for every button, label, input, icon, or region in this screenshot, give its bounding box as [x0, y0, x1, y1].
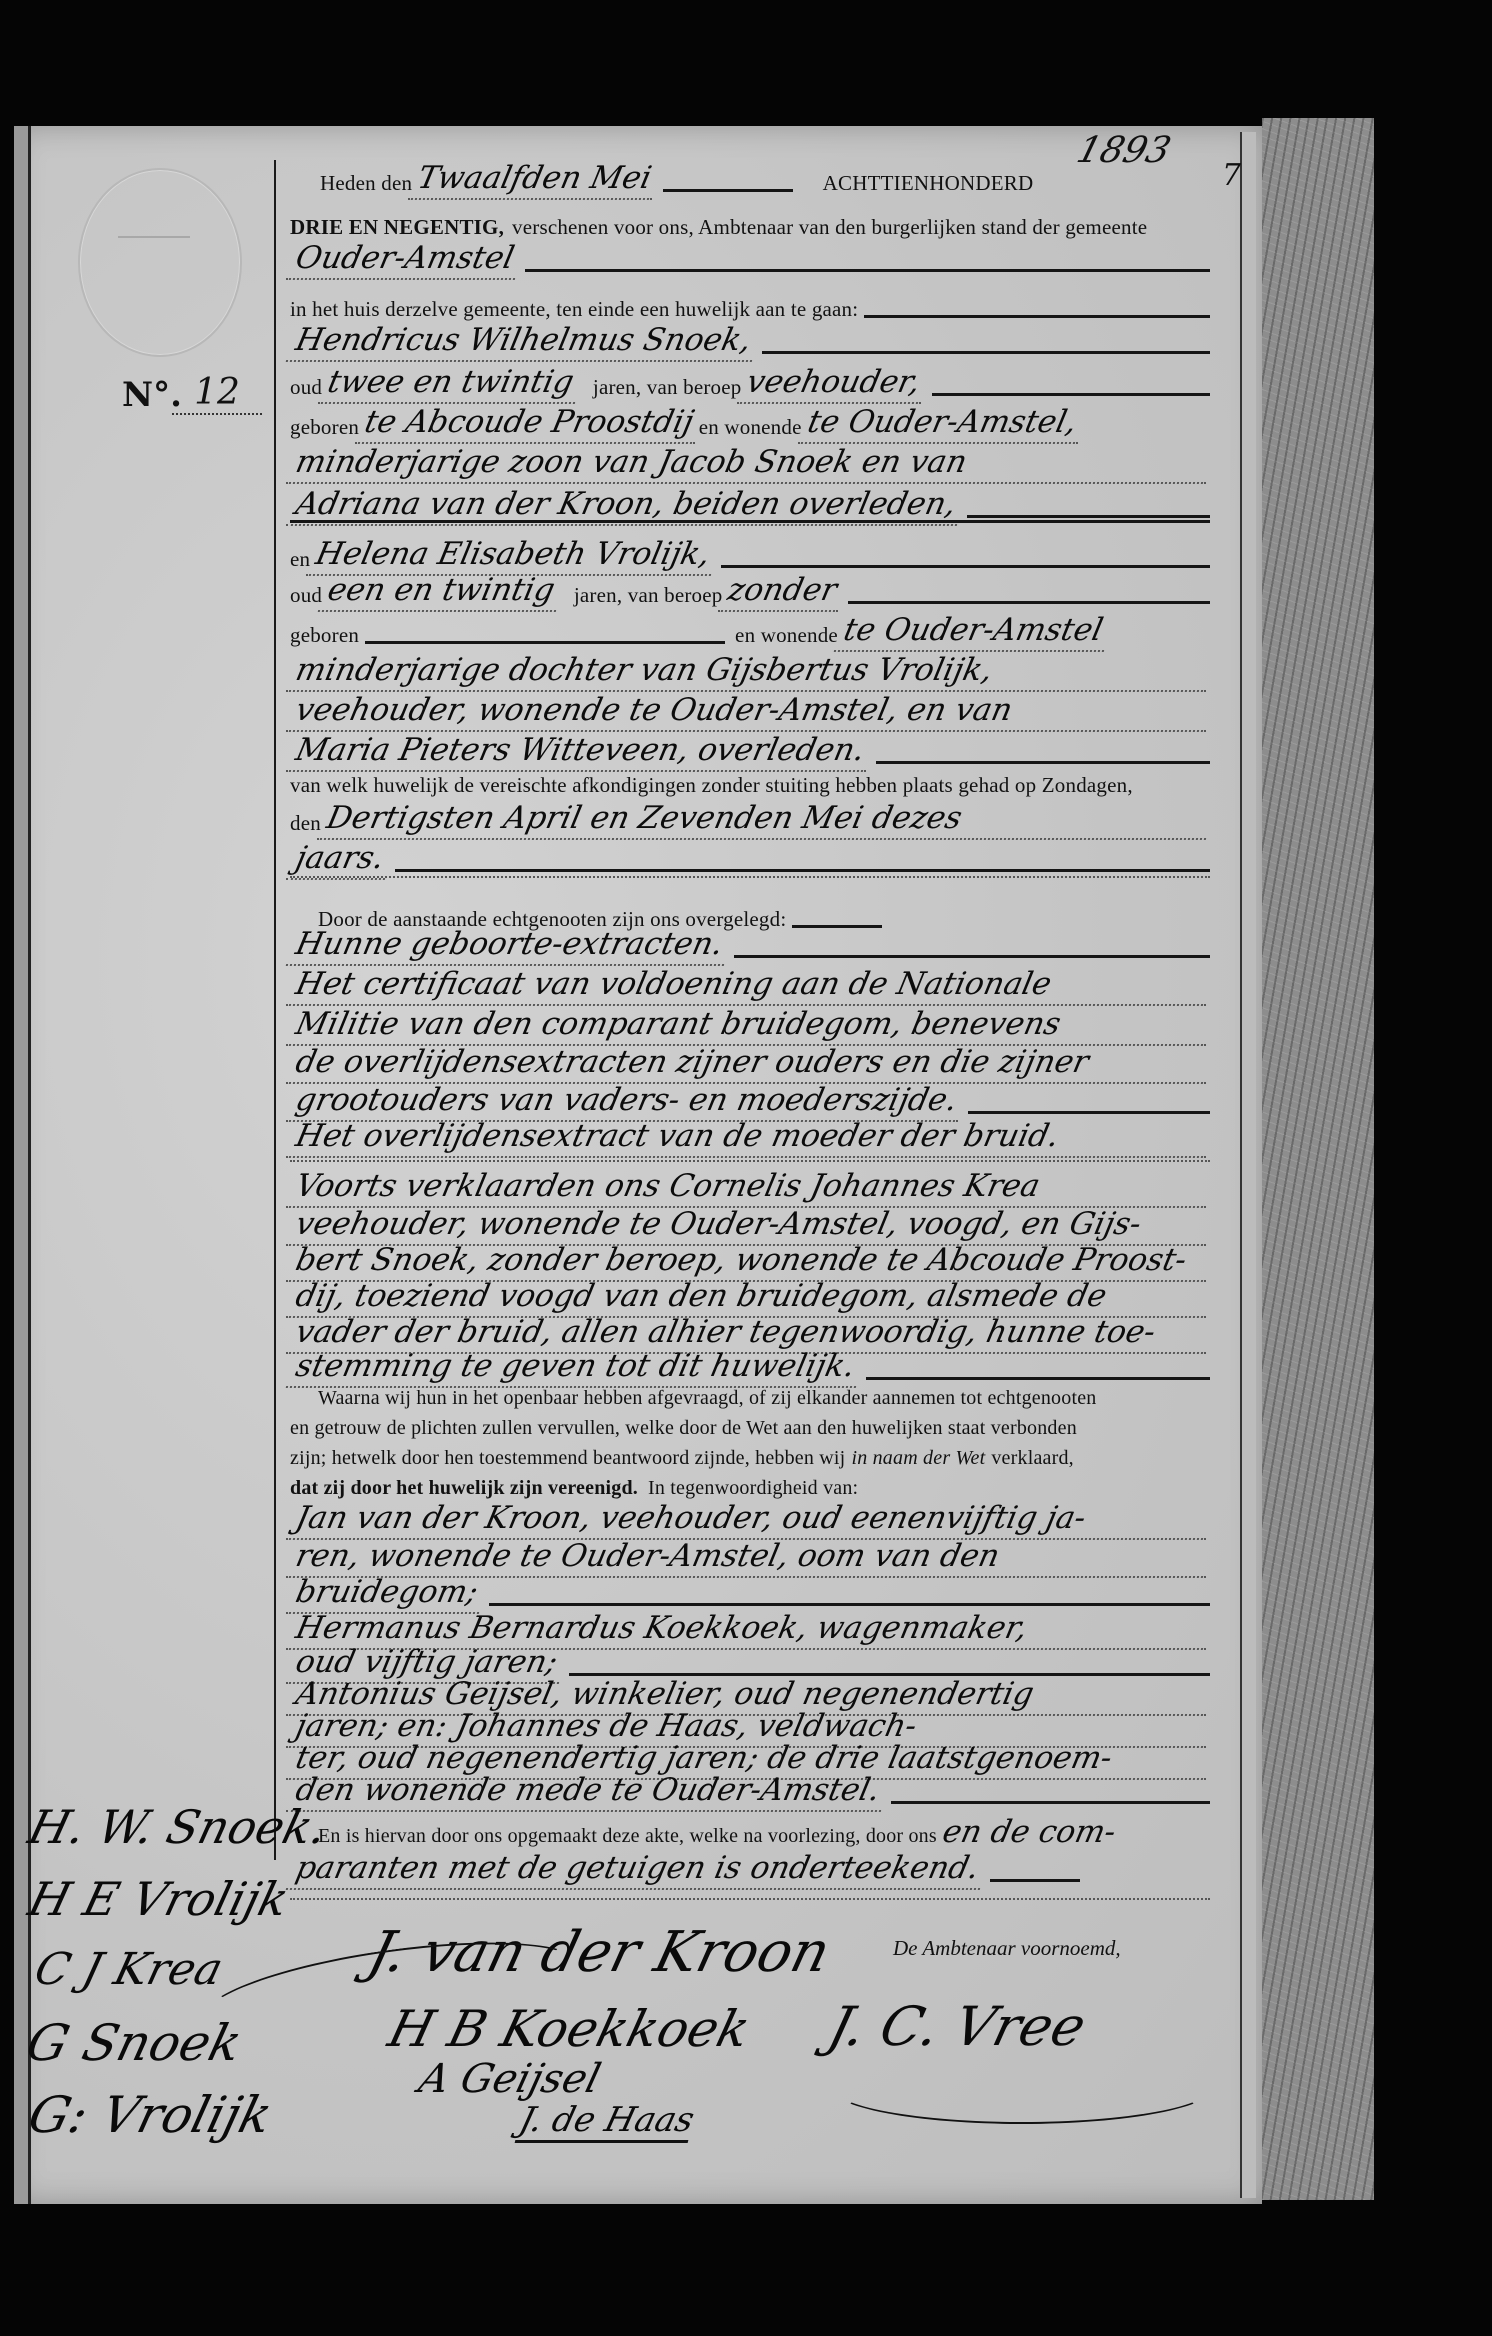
fill-line [290, 1160, 1210, 1162]
handwritten-text: Hunne geboorte-extracten. [286, 926, 733, 966]
printed-text: Heden den [290, 171, 412, 200]
line-document-2: Het certificaat van voldoening aan de Na… [290, 962, 1210, 1006]
signature-witness-3: A Geijsel [414, 2056, 605, 2102]
line-banns-dates: den Dertigsten April en Zevenden Mei dez… [290, 796, 1210, 840]
line-groom-name: Hendricus Wilhelmus Snoek, [290, 318, 1210, 362]
signature-witness-4: J. de Haas [515, 2100, 699, 2143]
fill-line [663, 189, 793, 192]
handwritten-text: Het certificaat van voldoening aan de Na… [286, 966, 1215, 1006]
signature-flourish [830, 2050, 1214, 2124]
fill-line [525, 269, 1210, 272]
fill-line [734, 955, 1210, 958]
handwritten-text: Het overlijdensextract van de moeder der… [286, 1118, 1215, 1158]
line-groom-parents: minderjarige zoon van Jacob Snoek en van [290, 440, 1210, 484]
line-document-1: Hunne geboorte-extracten. [290, 922, 1210, 966]
fill-line [891, 1801, 1210, 1804]
line-bride-age: oud een en twintig jaren, van beroep zon… [290, 568, 1210, 612]
line-banns-dates-2: jaars. [290, 836, 1210, 880]
handwritten-municipality: Ouder-Amstel [286, 240, 524, 280]
line-bride-parents-2: veehouder, wonende te Ouder-Amstel, en v… [290, 688, 1210, 732]
handwritten-day: Twaalfden Mei [408, 160, 661, 200]
line-witness-9: den wonende mede te Ouder-Amstel. [290, 1768, 1210, 1812]
margin-signature-cosignatory: G Snoek [21, 2014, 248, 2072]
handwritten-groom-name: Hendricus Wilhelmus Snoek, [286, 322, 761, 362]
handwritten-text: minderjarige zoon van Jacob Snoek en van [286, 444, 1215, 484]
fill-line [967, 515, 1210, 518]
page-mark: 7 [1222, 158, 1241, 193]
handwritten-bride-age: een en twintig [318, 572, 564, 612]
fill-line [762, 351, 1210, 354]
handwritten-bride-occupation: zonder [718, 572, 846, 612]
handwritten-groom-age: twee en twintig [318, 364, 583, 404]
handwritten-groom-residence: te Ouder-Amstel, [797, 404, 1085, 444]
handwritten-text: minderjarige dochter van Gijsbertus Vrol… [286, 652, 1215, 692]
official-label: De Ambtenaar voornoemd, [893, 1936, 1121, 1961]
margin-signature-groom: H. W. Snoek. [23, 1800, 333, 1854]
fill-line [990, 1879, 1080, 1882]
printed-text: ACHTTIENHONDERD [823, 171, 1034, 200]
handwritten-bride-residence: te Ouder-Amstel [834, 612, 1112, 652]
line-municipality: Ouder-Amstel [290, 236, 1210, 280]
handwritten-text: den wonende mede te Ouder-Amstel. [286, 1772, 890, 1812]
margin-signature-guardian: C J Krea [30, 1944, 228, 1995]
handwritten-banns-dates: Dertigsten April en Zevenden Mei dezes [317, 800, 1215, 840]
seal-mark [118, 236, 190, 238]
fill-line [365, 641, 725, 644]
fill-line [290, 876, 1210, 878]
fill-line [395, 869, 1210, 872]
embossed-seal-icon [78, 168, 242, 357]
line-closing-2: paranten met de getuigen is onderteekend… [290, 1846, 1210, 1890]
handwritten-text: veehouder, wonende te Ouder-Amstel, en v… [286, 692, 1215, 732]
margin-signature-bride: H E Vrolijk [23, 1872, 294, 1926]
binding-edge [14, 126, 31, 2204]
line-groom-age: oud twee en twintig jaren, van beroep ve… [290, 360, 1210, 404]
handwritten-groom-occupation: veehouder, [737, 364, 930, 404]
handwritten-groom-birthplace: te Abcoude Proostdij [355, 404, 703, 444]
book-page-edge [1262, 118, 1374, 2200]
fill-line [290, 1898, 1210, 1900]
margin-signature-bride-father: G: Vrolijk [23, 2086, 278, 2144]
margin-rule [274, 160, 276, 1860]
line-bride-parents: minderjarige dochter van Gijsbertus Vrol… [290, 648, 1210, 692]
register-number: 12 [172, 372, 262, 415]
line-document-6: Het overlijdensextract van de moeder der… [290, 1114, 1210, 1158]
fill-line [932, 393, 1210, 396]
handwritten-text: paranten met de getuigen is onderteekend… [286, 1850, 989, 1890]
signature-official: J. C. Vree [822, 1995, 1092, 2058]
line-groom-birth: geboren te Abcoude Proostdij en wonende … [290, 400, 1210, 444]
fill-line [848, 601, 1210, 604]
fill-line [290, 520, 1210, 523]
line-date: Heden den Twaalfden Mei ACHTTIENHONDERD [290, 156, 1210, 200]
page-right-border [1240, 132, 1256, 2198]
line-bride-birth: geboren en wonende te Ouder-Amstel [290, 608, 1210, 652]
handwritten-text: jaars. [286, 840, 394, 880]
